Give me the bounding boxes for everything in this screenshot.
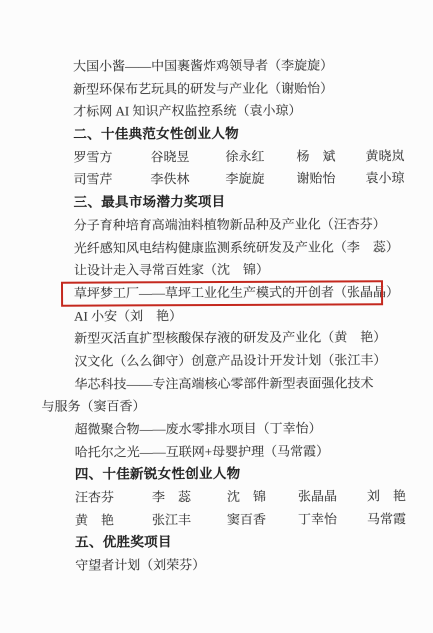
name-item: 杨 斌 [296,145,365,168]
project-line-text: 华芯科技——专注高端核心零部件新型表面强化技术 [74,375,373,391]
project-line-text: 才标网 AI 知识产权监控系统（袁小琼） [73,103,301,119]
name-item: 马常霞 [367,508,406,531]
project-line: 新型灭活直扩型核酸保存液的研发及产业化（黄 艳） [41,326,406,350]
project-line: 哈托尔之光——互联网+母婴护理（马常霞） [42,440,407,464]
project-line-text: 新型环保布艺玩具的研发与产业化（谢贻怡） [73,80,333,96]
name-row: 司雪芹李佚林李旋旋谢贻怡袁小琼 [40,168,405,192]
project-line-text: 大国小酱——中国裹酱炸鸡领导者（李旋旋） [73,58,333,74]
project-line-text: 新型灭活直扩型核酸保存液的研发及产业化（黄 艳） [74,330,386,346]
name-item: 黄晓岚 [365,145,404,168]
project-line-text: 分子育种培育高端油料植物新品种及产业化（汪杏芬） [74,216,386,232]
project-line-text: AI 小安（刘 艳） [74,308,182,323]
section-heading: 二、十佳典范女性创业人物 [40,122,405,146]
name-item: 李佚林 [150,168,225,191]
project-line: 华芯科技——专注高端核心零部件新型表面强化技术 [41,372,406,396]
name-item: 黄 艳 [75,509,152,532]
name-item: 罗雪方 [73,146,150,169]
project-line: 草坪梦工厂——草坪工业化生产模式的开创者（张晶晶） [41,281,406,305]
name-item: 徐永红 [225,145,296,168]
name-item: 袁小琼 [365,168,404,191]
section-heading: 四、十佳新锐女性创业人物 [42,463,407,487]
name-item: 汪杏芬 [75,486,152,509]
project-line: 新型环保布艺玩具的研发与产业化（谢贻怡） [40,77,405,101]
name-item: 张江丰 [152,509,227,532]
name-row: 汪杏芬李 蕊沈 锦张晶晶刘 艳 [42,485,407,509]
name-item: 李旋旋 [225,168,296,191]
project-line: 让设计走入寻常百姓家（沈 锦） [41,258,406,282]
section-heading: 三、最具市场潜力奖项目 [41,190,406,214]
section-heading-text: 五、优胜奖项目 [75,535,172,550]
project-line-text: 草坪梦工厂——草坪工业化生产模式的开创者（张晶晶） [74,284,399,300]
project-line: 超微聚合物——废水零排水项目（丁幸怡） [42,417,407,441]
project-line: 才标网 AI 知识产权监控系统（袁小琼） [40,100,405,124]
name-item: 谢贻怡 [296,168,365,191]
project-line: 分子育种培育高端油料植物新品种及产业化（汪杏芬） [41,213,406,237]
section-heading-text: 三、最具市场潜力奖项目 [74,194,226,210]
project-line: AI 小安（刘 艳） [41,304,406,328]
project-line-text: 与服务（窦百香） [41,399,145,414]
section-heading: 五、优胜奖项目 [42,531,407,555]
project-line-text: 守望者计划（刘荣芬） [75,557,205,573]
project-line: 光纤感知风电结构健康监测系统研发及产业化（李 蕊） [41,236,406,260]
name-item: 刘 艳 [367,485,406,508]
name-item: 沈 锦 [227,486,298,509]
project-line-text: 光纤感知风电结构健康监测系统研发及产业化（李 蕊） [74,239,399,255]
project-line: 大国小酱——中国裹酱炸鸡领导者（李旋旋） [40,54,405,78]
name-item: 张晶晶 [298,485,367,508]
document-body: 大国小酱——中国裹酱炸鸡领导者（李旋旋）新型环保布艺玩具的研发与产业化（谢贻怡）… [40,54,407,577]
name-item: 谷晓昱 [150,146,225,169]
section-heading-text: 四、十佳新锐女性创业人物 [75,466,241,482]
name-item: 李 蕊 [152,486,227,509]
name-item: 司雪芹 [73,169,150,192]
project-line-text: 汉文化（么么御守）创意产品设计开发计划（张江丰） [74,352,386,368]
name-row: 罗雪方谷晓昱徐永红杨 斌黄晓岚 [40,145,405,169]
section-heading-text: 二、十佳典范女性创业人物 [73,126,239,142]
project-line: 汉文化（么么御守）创意产品设计开发计划（张江丰） [41,349,406,373]
project-line-text: 超微聚合物——废水零排水项目（丁幸怡） [75,421,322,437]
project-line-text: 让设计走入寻常百姓家（沈 锦） [74,262,269,278]
name-item: 丁幸怡 [298,508,367,531]
name-row: 黄 艳张江丰窦百香丁幸怡马常霞 [42,508,407,532]
project-line: 守望者计划（刘荣芬） [42,553,407,577]
scanned-page: 大国小酱——中国裹酱炸鸡领导者（李旋旋）新型环保布艺玩具的研发与产业化（谢贻怡）… [0,0,433,633]
project-line-continuation: 与服务（窦百香） [41,395,406,419]
project-line-text: 哈托尔之光——互联网+母婴护理（马常霞） [75,443,329,459]
name-item: 窦百香 [227,508,298,531]
